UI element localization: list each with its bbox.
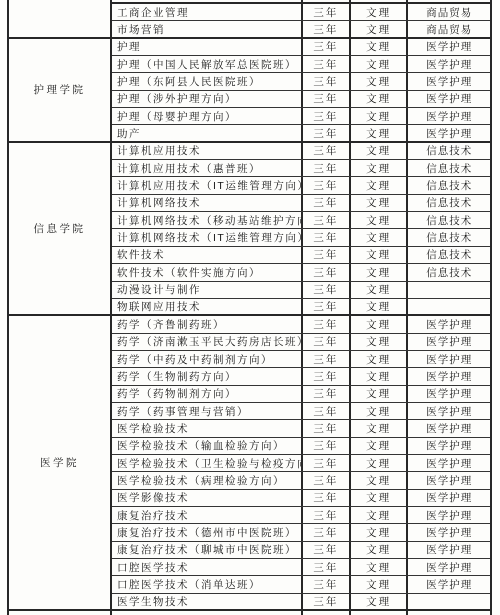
category-cell: 信息技术 [408, 160, 490, 176]
category-cell: 商品贸易 [408, 21, 490, 36]
duration-cell: 三年 [303, 316, 351, 332]
category-cell: 信息技术 [408, 195, 490, 211]
subject-cell: 文理 [351, 229, 409, 245]
category-cell: 信息技术 [408, 264, 490, 280]
category-cell [408, 611, 490, 615]
table-row: 计算机网络技术（移动基站维护方向）三年文理信息技术 [112, 212, 490, 229]
table-row: 康复治疗技术（聊城市中医院班）三年文理医学护理 [112, 542, 490, 559]
program-cell: 计算机网络技术 [112, 195, 303, 211]
duration-cell: 三年 [303, 91, 351, 107]
category-cell: 医学护理 [408, 559, 490, 575]
table-row: 护理（东阿县人民医院班）三年文理医学护理 [112, 73, 490, 90]
table-row: 医学检验技术三年文理医学护理 [112, 420, 490, 437]
table-row: 护理三年文理医学护理 [112, 39, 490, 56]
program-cell: 医学检验技术 [112, 420, 303, 436]
college-cell: 护理学院 [9, 39, 110, 143]
program-cell: 计算机应用技术（惠普班） [112, 160, 303, 176]
table-row: 护理（母婴护理方向）三年文理医学护理 [112, 108, 490, 125]
duration-cell: 三年 [303, 125, 351, 140]
program-cell: 医学检验技术（病理检验方向） [112, 472, 303, 488]
duration-cell: 三年 [303, 73, 351, 89]
table-row: 动漫设计与制作三年文理 [112, 282, 490, 299]
subject-cell [351, 0, 409, 2]
duration-cell: 三年 [303, 143, 351, 159]
subject-cell: 文理 [351, 490, 409, 506]
scanned-program-table-page: 工商企业管理三年文理商品贸易 市场营销三年文理商品贸易 护理三年文理医学护理 护… [0, 0, 500, 615]
college-cell: 医学院 [9, 316, 110, 611]
duration-cell: 三年 [303, 212, 351, 228]
category-cell: 医学护理 [408, 524, 490, 540]
subject-cell: 文理 [351, 212, 409, 228]
program-cell: 康复治疗技术 [112, 507, 303, 523]
table-row: 助产三年文理医学护理 [112, 125, 490, 142]
category-cell: 医学护理 [408, 368, 490, 384]
duration-cell: 三年 [303, 282, 351, 298]
subject-cell: 文理 [351, 576, 409, 592]
table-row: 药学（济南漱玉平民大药房店长班）三年文理医学护理 [112, 334, 490, 351]
table-row: 口腔医学技术（消单达班）三年文理医学护理 [112, 576, 490, 593]
subject-cell: 文理 [351, 125, 409, 140]
category-cell: 信息技术 [408, 229, 490, 245]
subject-cell: 文理 [351, 21, 409, 36]
duration-cell: 三年 [303, 247, 351, 263]
program-cell: 软件技术（软件实施方向） [112, 264, 303, 280]
table-row: 医学检验技术（卫生检验与检疫方向）三年文理医学护理 [112, 455, 490, 472]
duration-cell: 三年 [303, 334, 351, 350]
duration-cell: 三年 [303, 386, 351, 402]
subject-cell: 文理 [351, 91, 409, 107]
duration-cell: 三年 [303, 4, 351, 20]
programs-table: 工商企业管理三年文理商品贸易 市场营销三年文理商品贸易 护理三年文理医学护理 护… [112, 0, 492, 615]
program-cell: 计算机网络技术（IT运维管理方向） [112, 229, 303, 245]
cut-bottom-row [112, 611, 490, 615]
table-row: 市场营销三年文理商品贸易 [112, 21, 490, 38]
table-row: 口腔医学技术三年文理医学护理 [112, 559, 490, 576]
duration-cell: 三年 [303, 542, 351, 558]
category-cell: 医学护理 [408, 351, 490, 367]
category-cell: 医学护理 [408, 386, 490, 402]
program-cell: 计算机网络技术（移动基站维护方向） [112, 212, 303, 228]
duration-cell: 三年 [303, 507, 351, 523]
program-cell: 工商企业管理 [112, 4, 303, 20]
subject-cell: 文理 [351, 507, 409, 523]
table-row: 药学（齐鲁制药班）三年文理医学护理 [112, 316, 490, 333]
subject-cell: 文理 [351, 559, 409, 575]
program-cell: 计算机应用技术 [112, 143, 303, 159]
category-cell: 信息技术 [408, 143, 490, 159]
category-cell [408, 0, 490, 2]
category-cell: 医学护理 [408, 420, 490, 436]
subject-cell: 文理 [351, 108, 409, 124]
program-cell: 医学检验技术（卫生检验与检疫方向） [112, 455, 303, 471]
subject-cell: 文理 [351, 247, 409, 263]
program-cell: 医学生物技术 [112, 594, 303, 609]
category-cell: 医学护理 [408, 490, 490, 506]
duration-cell: 三年 [303, 264, 351, 280]
category-cell: 医学护理 [408, 316, 490, 332]
category-cell: 商品贸易 [408, 4, 490, 20]
program-cell: 动漫设计与制作 [112, 282, 303, 298]
duration-cell: 三年 [303, 420, 351, 436]
table-row: 药学（生物制药方向）三年文理医学护理 [112, 368, 490, 385]
program-cell: 药学（生物制药方向） [112, 368, 303, 384]
program-cell: 护理（涉外护理方向） [112, 91, 303, 107]
category-cell: 医学护理 [408, 39, 490, 55]
program-cell: 药学（齐鲁制药班） [112, 316, 303, 332]
subject-cell: 文理 [351, 4, 409, 20]
duration-cell: 三年 [303, 160, 351, 176]
college-cell: 信息学院 [9, 143, 110, 317]
subject-cell: 文理 [351, 455, 409, 471]
program-cell: 口腔医学技术 [112, 559, 303, 575]
college-cell [9, 0, 110, 39]
table-row: 医学生物技术三年文理 [112, 594, 490, 611]
subject-cell: 文理 [351, 472, 409, 488]
subject-cell [351, 611, 409, 615]
duration-cell: 三年 [303, 21, 351, 36]
program-cell [112, 611, 303, 615]
subject-cell: 文理 [351, 524, 409, 540]
program-cell: 药学（药事管理与营销） [112, 403, 303, 419]
program-cell: 康复治疗技术（聊城市中医院班） [112, 542, 303, 558]
category-cell: 信息技术 [408, 212, 490, 228]
duration-cell: 三年 [303, 438, 351, 454]
subject-cell: 文理 [351, 299, 409, 314]
program-cell: 口腔医学技术（消单达班） [112, 576, 303, 592]
category-cell: 医学护理 [408, 334, 490, 350]
program-cell [112, 0, 303, 2]
category-cell: 医学护理 [408, 125, 490, 140]
category-cell: 医学护理 [408, 472, 490, 488]
subject-cell: 文理 [351, 264, 409, 280]
subject-cell: 文理 [351, 56, 409, 72]
subject-cell: 文理 [351, 542, 409, 558]
duration-cell: 三年 [303, 56, 351, 72]
duration-cell: 三年 [303, 229, 351, 245]
table-row: 软件技术（软件实施方向）三年文理信息技术 [112, 264, 490, 281]
subject-cell: 文理 [351, 420, 409, 436]
program-cell: 助产 [112, 125, 303, 140]
duration-cell [303, 611, 351, 615]
table-row: 药学（中药及中药制剂方向）三年文理医学护理 [112, 351, 490, 368]
college-cell [9, 611, 110, 615]
table-row: 护理（涉外护理方向）三年文理医学护理 [112, 91, 490, 108]
duration-cell: 三年 [303, 195, 351, 211]
subject-cell: 文理 [351, 195, 409, 211]
table-row: 药学（药物制剂方向）三年文理医学护理 [112, 386, 490, 403]
subject-cell: 文理 [351, 386, 409, 402]
table-row: 计算机应用技术（惠普班）三年文理信息技术 [112, 160, 490, 177]
category-cell: 医学护理 [408, 91, 490, 107]
program-cell: 医学影像技术 [112, 490, 303, 506]
program-cell: 软件技术 [112, 247, 303, 263]
duration-cell: 三年 [303, 455, 351, 471]
subject-cell: 文理 [351, 438, 409, 454]
table-row: 计算机网络技术三年文理信息技术 [112, 195, 490, 212]
category-cell [408, 282, 490, 298]
program-cell: 计算机应用技术（IT运维管理方向） [112, 177, 303, 193]
table-row: 医学影像技术三年文理医学护理 [112, 490, 490, 507]
program-cell: 药学（济南漱玉平民大药房店长班） [112, 334, 303, 350]
subject-cell: 文理 [351, 282, 409, 298]
duration-cell: 三年 [303, 108, 351, 124]
subject-cell: 文理 [351, 73, 409, 89]
category-cell: 医学护理 [408, 542, 490, 558]
category-cell: 医学护理 [408, 507, 490, 523]
category-cell: 医学护理 [408, 73, 490, 89]
table-row: 物联网应用技术三年文理 [112, 299, 490, 316]
duration-cell: 三年 [303, 594, 351, 609]
duration-cell: 三年 [303, 39, 351, 55]
program-cell: 康复治疗技术（德州市中医院班） [112, 524, 303, 540]
program-cell: 市场营销 [112, 21, 303, 36]
category-cell: 医学护理 [408, 108, 490, 124]
program-cell: 护理 [112, 39, 303, 55]
program-cell: 护理（母婴护理方向） [112, 108, 303, 124]
category-cell: 医学护理 [408, 56, 490, 72]
table-row: 医学检验技术（输血检验方向）三年文理医学护理 [112, 438, 490, 455]
category-cell [408, 299, 490, 314]
college-column: 护理学院 信息学院 医学院 [7, 0, 112, 615]
duration-cell [303, 0, 351, 2]
subject-cell: 文理 [351, 368, 409, 384]
duration-cell: 三年 [303, 472, 351, 488]
table-row: 康复治疗技术（德州市中医院班）三年文理医学护理 [112, 524, 490, 541]
table-row: 医学检验技术（病理检验方向）三年文理医学护理 [112, 472, 490, 489]
program-cell: 药学（中药及中药制剂方向） [112, 351, 303, 367]
subject-cell: 文理 [351, 403, 409, 419]
subject-cell: 文理 [351, 351, 409, 367]
table-row: 软件技术三年文理信息技术 [112, 247, 490, 264]
duration-cell: 三年 [303, 559, 351, 575]
subject-cell: 文理 [351, 160, 409, 176]
table-row: 药学（药事管理与营销）三年文理医学护理 [112, 403, 490, 420]
subject-cell: 文理 [351, 39, 409, 55]
program-cell: 护理（东阿县人民医院班） [112, 73, 303, 89]
duration-cell: 三年 [303, 490, 351, 506]
category-cell [408, 594, 490, 609]
category-cell: 医学护理 [408, 403, 490, 419]
subject-cell: 文理 [351, 177, 409, 193]
subject-cell: 文理 [351, 143, 409, 159]
category-cell: 信息技术 [408, 247, 490, 263]
program-cell: 医学检验技术（输血检验方向） [112, 438, 303, 454]
duration-cell: 三年 [303, 299, 351, 314]
table-row: 计算机应用技术三年文理信息技术 [112, 143, 490, 160]
duration-cell: 三年 [303, 524, 351, 540]
category-cell: 信息技术 [408, 177, 490, 193]
table-row: 计算机应用技术（IT运维管理方向）三年文理信息技术 [112, 177, 490, 194]
program-cell: 护理（中国人民解放军总医院班） [112, 56, 303, 72]
duration-cell: 三年 [303, 368, 351, 384]
subject-cell: 文理 [351, 316, 409, 332]
table-row: 护理（中国人民解放军总医院班）三年文理医学护理 [112, 56, 490, 73]
category-cell: 医学护理 [408, 455, 490, 471]
program-cell: 药学（药物制剂方向） [112, 386, 303, 402]
duration-cell: 三年 [303, 403, 351, 419]
table-row: 康复治疗技术三年文理医学护理 [112, 507, 490, 524]
subject-cell: 文理 [351, 594, 409, 609]
category-cell: 医学护理 [408, 576, 490, 592]
table-row: 工商企业管理三年文理商品贸易 [112, 4, 490, 21]
duration-cell: 三年 [303, 177, 351, 193]
program-cell: 物联网应用技术 [112, 299, 303, 314]
table-row: 计算机网络技术（IT运维管理方向）三年文理信息技术 [112, 229, 490, 246]
duration-cell: 三年 [303, 576, 351, 592]
duration-cell: 三年 [303, 351, 351, 367]
category-cell: 医学护理 [408, 438, 490, 454]
subject-cell: 文理 [351, 334, 409, 350]
